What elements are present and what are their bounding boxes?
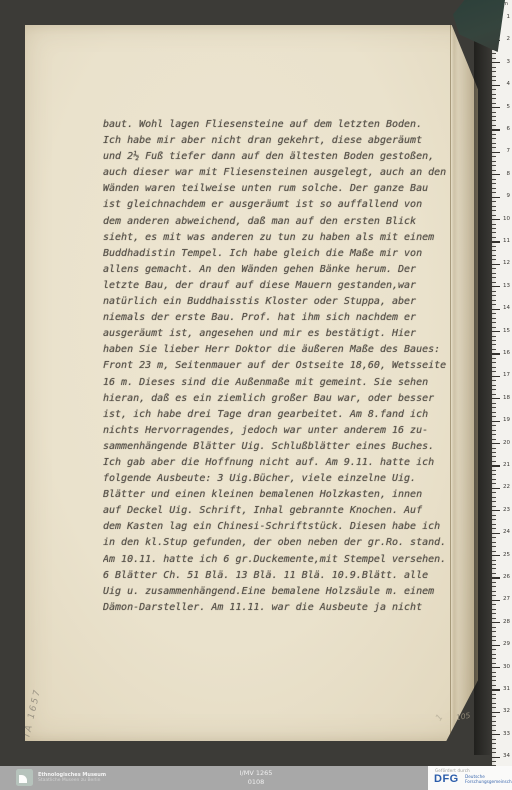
- ruler-major-tick: [492, 197, 500, 198]
- text-line: Uig u. zusammenhängend.Eine bemalene Hol…: [103, 584, 456, 600]
- text-line: und 2½ Fuß tiefer dann auf den ältesten …: [103, 149, 456, 165]
- ruler-major-tick: [492, 309, 500, 310]
- document-page: baut. Wohl lagen Fliesensteine auf dem l…: [25, 25, 478, 741]
- text-line: Buddhadistin Tempel. Ich habe gleich die…: [103, 246, 456, 262]
- ruler-minor-tick: [492, 649, 496, 650]
- ruler-minor-tick: [492, 322, 496, 323]
- ruler-minor-tick: [492, 394, 496, 395]
- ruler-minor-tick: [492, 618, 496, 619]
- ruler-minor-tick: [492, 80, 496, 81]
- ruler-minor-tick: [492, 71, 496, 72]
- ruler-minor-tick: [492, 215, 496, 216]
- text-line: haben Sie lieber Herr Doktor die äußeren…: [103, 342, 456, 358]
- ruler-major-tick: [492, 219, 500, 220]
- ruler-number: 30: [503, 664, 510, 671]
- ruler-minor-tick: [492, 94, 496, 95]
- scan-background: baut. Wohl lagen Fliesensteine auf dem l…: [0, 0, 512, 790]
- ruler-minor-tick: [492, 515, 496, 516]
- ruler-number: 32: [503, 708, 510, 715]
- ruler-minor-tick: [492, 120, 496, 121]
- ruler-major-tick: [492, 645, 500, 646]
- ruler-minor-tick: [492, 672, 496, 673]
- ruler-minor-tick: [492, 362, 496, 363]
- ruler-minor-tick: [492, 340, 496, 341]
- ruler-minor-tick: [492, 336, 496, 337]
- ruler-minor-tick: [492, 586, 496, 587]
- ruler-minor-tick: [492, 501, 496, 502]
- text-line: Wänden waren teilweise unten rum solche.…: [103, 181, 456, 197]
- ruler-minor-tick: [492, 228, 496, 229]
- ruler-minor-tick: [492, 58, 496, 59]
- ruler-minor-tick: [492, 730, 496, 731]
- ruler-minor-tick: [492, 430, 496, 431]
- ruler-minor-tick: [492, 313, 496, 314]
- ruler-major-tick: [492, 62, 500, 63]
- ruler-minor-tick: [492, 255, 496, 256]
- text-line: hieran, daß es ein ziemlich großer Bau w…: [103, 391, 456, 407]
- ruler-major-tick: [492, 712, 500, 713]
- ruler-minor-tick: [492, 497, 496, 498]
- ruler-major-tick: [492, 689, 500, 690]
- ruler-minor-tick: [492, 685, 496, 686]
- text-line: Blätter und einen kleinen bemalenen Holz…: [103, 487, 456, 503]
- ruler-minor-tick: [492, 483, 496, 484]
- ruler-minor-tick: [492, 291, 496, 292]
- ruler-number: 10: [503, 216, 510, 223]
- ruler-minor-tick: [492, 103, 496, 104]
- ruler-minor-tick: [492, 76, 496, 77]
- ruler-major-tick: [492, 353, 500, 354]
- ruler-major-tick: [492, 555, 500, 556]
- text-line: baut. Wohl lagen Fliesensteine auf dem l…: [103, 117, 456, 133]
- ruler-minor-tick: [492, 707, 496, 708]
- ruler-minor-tick: [492, 344, 496, 345]
- ruler-number: 16: [503, 350, 510, 357]
- ruler-minor-tick: [492, 546, 496, 547]
- ruler-minor-tick: [492, 188, 496, 189]
- text-line: Ich habe mir aber nicht dran gekehrt, di…: [103, 133, 456, 149]
- text-line: allens gemacht. An den Wänden gehen Bänk…: [103, 262, 456, 278]
- ruler-major-tick: [492, 286, 500, 287]
- ruler-minor-tick: [492, 663, 496, 664]
- typewritten-text: baut. Wohl lagen Fliesensteine auf dem l…: [103, 117, 456, 627]
- ruler-number: 7: [507, 148, 511, 155]
- text-line: nichts Hervorragendes, jedoch war unter …: [103, 423, 456, 439]
- ruler-minor-tick: [492, 246, 496, 247]
- ruler-number: 12: [503, 260, 510, 267]
- ruler-minor-tick: [492, 456, 496, 457]
- ruler-major-tick: [492, 85, 500, 86]
- ruler-minor-tick: [492, 492, 496, 493]
- text-line: auch dieser war mit Fliesensteinen ausge…: [103, 165, 456, 181]
- text-line: sieht, es mit was anderen zu tun zu habe…: [103, 230, 456, 246]
- ruler-minor-tick: [492, 232, 496, 233]
- ruler-minor-tick: [492, 134, 496, 135]
- ruler-minor-tick: [492, 434, 496, 435]
- ruler-number: 1: [507, 14, 511, 21]
- ruler-number: 20: [503, 440, 510, 447]
- ruler-minor-tick: [492, 452, 496, 453]
- ruler-minor-tick: [492, 416, 496, 417]
- ruler-major-tick: [492, 622, 500, 623]
- ruler-major-tick: [492, 443, 500, 444]
- dfg-logo: DFG: [434, 773, 459, 785]
- text-line: natürlich ein Buddhaisstis Kloster oder …: [103, 294, 456, 310]
- ruler-minor-tick: [492, 371, 496, 372]
- ruler-minor-tick: [492, 506, 496, 507]
- text-line: Ich gab aber die Hoffnung nicht auf. Am …: [103, 455, 456, 471]
- ruler-minor-tick: [492, 573, 496, 574]
- text-line: letzte Bau, der drauf auf diese Mauern g…: [103, 278, 456, 294]
- ruler-major-tick: [492, 376, 500, 377]
- ruler-minor-tick: [492, 551, 496, 552]
- ruler-minor-tick: [492, 273, 496, 274]
- ruler-minor-tick: [492, 300, 496, 301]
- text-line: niemals der erste Bau. Prof. hat ihm sic…: [103, 310, 456, 326]
- ruler-minor-tick: [492, 564, 496, 565]
- ruler-minor-tick: [492, 609, 496, 610]
- ruler-minor-tick: [492, 147, 496, 148]
- ruler-minor-tick: [492, 98, 496, 99]
- ruler-minor-tick: [492, 640, 496, 641]
- ruler-minor-tick: [492, 349, 496, 350]
- ruler-minor-tick: [492, 125, 496, 126]
- ruler-minor-tick: [492, 582, 496, 583]
- text-line: auf Deckel Uig. Schrift, Inhal gebrannte…: [103, 503, 456, 519]
- footer-bar: Ethnologisches Museum Staatliche Museen …: [0, 766, 512, 790]
- ruler-minor-tick: [492, 367, 496, 368]
- ruler-minor-tick: [492, 67, 496, 68]
- text-line: sammenhängende Blätter Uig. Schlußblätte…: [103, 439, 456, 455]
- ruler-number: 21: [503, 462, 510, 469]
- ruler-number: 33: [503, 731, 510, 738]
- ruler-minor-tick: [492, 53, 496, 54]
- ruler-minor-tick: [492, 143, 496, 144]
- ruler-major-tick: [492, 533, 500, 534]
- ruler-minor-tick: [492, 161, 496, 162]
- ruler-minor-tick: [492, 210, 496, 211]
- ruler-minor-tick: [492, 327, 496, 328]
- ruler-minor-tick: [492, 89, 496, 90]
- ruler-minor-tick: [492, 537, 496, 538]
- ruler-number: 23: [503, 507, 510, 514]
- ruler-number: 34: [503, 753, 510, 760]
- ruler-number: 19: [503, 417, 510, 424]
- ruler-minor-tick: [492, 560, 496, 561]
- ruler-major-tick: [492, 488, 500, 489]
- ruler-minor-tick: [492, 680, 496, 681]
- funding-logo-block: Gefördert durch DFG Deutsche Forschungsg…: [428, 766, 512, 790]
- ruler-number: 11: [503, 238, 510, 245]
- ruler-minor-tick: [492, 380, 496, 381]
- ruler-minor-tick: [492, 631, 496, 632]
- ruler-number: 15: [503, 328, 510, 335]
- ruler-minor-tick: [492, 604, 496, 605]
- ruler-minor-tick: [492, 407, 496, 408]
- ruler-minor-tick: [492, 752, 496, 753]
- ruler-minor-tick: [492, 116, 496, 117]
- ruler-number: 2: [507, 36, 511, 43]
- ruler-number: 14: [503, 305, 510, 312]
- ruler-minor-tick: [492, 304, 496, 305]
- ruler-minor-tick: [492, 627, 496, 628]
- ruler-minor-tick: [492, 183, 496, 184]
- ruler-major-tick: [492, 577, 500, 578]
- ruler-minor-tick: [492, 412, 496, 413]
- text-line: ausgeräumt ist, angesehen und mir es bes…: [103, 326, 456, 342]
- ruler-major-tick: [492, 107, 500, 108]
- ruler-minor-tick: [492, 277, 496, 278]
- ruler-minor-tick: [492, 528, 496, 529]
- ruler-minor-tick: [492, 170, 496, 171]
- ruler-major-tick: [492, 734, 500, 735]
- ruler-major-tick: [492, 465, 500, 466]
- ruler-minor-tick: [492, 206, 496, 207]
- ruler-number: 3: [507, 59, 511, 66]
- ruler-major-tick: [492, 421, 500, 422]
- measurement-ruler: cm 1234567891011121314151617181920212223…: [492, 0, 512, 790]
- ruler-minor-tick: [492, 524, 496, 525]
- ruler-minor-tick: [492, 519, 496, 520]
- ruler-minor-tick: [492, 201, 496, 202]
- ruler-minor-tick: [492, 694, 496, 695]
- ruler-number: 25: [503, 552, 510, 559]
- text-line: 16 m. Dieses sind die Außenmaße mit geme…: [103, 375, 456, 391]
- ruler-number: 31: [503, 686, 510, 693]
- ruler-minor-tick: [492, 725, 496, 726]
- ruler-minor-tick: [492, 654, 496, 655]
- ruler-minor-tick: [492, 568, 496, 569]
- text-line: dem Kasten lag ein Chinesi-Schriftstück.…: [103, 519, 456, 535]
- ruler-minor-tick: [492, 165, 496, 166]
- ruler-minor-tick: [492, 192, 496, 193]
- ruler-minor-tick: [492, 282, 496, 283]
- ruler-number: 4: [507, 81, 511, 88]
- text-line: ist, ich habe drei Tage dran gearbeitet.…: [103, 407, 456, 423]
- text-line: in den kl.Stup gefunden, der oben neben …: [103, 535, 456, 551]
- ruler-major-tick: [492, 264, 500, 265]
- ruler-major-tick: [492, 667, 500, 668]
- ruler-minor-tick: [492, 448, 496, 449]
- ruler-major-tick: [492, 600, 500, 601]
- ruler-minor-tick: [492, 295, 496, 296]
- ruler-number: 5: [507, 104, 511, 111]
- ruler-minor-tick: [492, 318, 496, 319]
- ruler-minor-tick: [492, 716, 496, 717]
- ruler-minor-tick: [492, 358, 496, 359]
- ruler-minor-tick: [492, 613, 496, 614]
- ruler-minor-tick: [492, 224, 496, 225]
- ruler-minor-tick: [492, 748, 496, 749]
- ruler-major-tick: [492, 331, 500, 332]
- ruler-minor-tick: [492, 385, 496, 386]
- ruler-minor-tick: [492, 112, 496, 113]
- text-line: Dämon-Darsteller. Am 11.11. war die Ausb…: [103, 600, 456, 616]
- ruler-major-tick: [492, 152, 500, 153]
- ruler-major-tick: [492, 241, 500, 242]
- ruler-minor-tick: [492, 474, 496, 475]
- text-line: folgende Ausbeute: 3 Uig.Bücher, viele e…: [103, 471, 456, 487]
- ruler-minor-tick: [492, 703, 496, 704]
- ruler-minor-tick: [492, 676, 496, 677]
- ruler-minor-tick: [492, 389, 496, 390]
- ruler-number: 28: [503, 619, 510, 626]
- ruler-minor-tick: [492, 470, 496, 471]
- ruler-major-tick: [492, 510, 500, 511]
- text-line: dem anderen abweichend, daß man auf den …: [103, 214, 456, 230]
- text-line: ist gleichnachdem er ausgeräumt ist so a…: [103, 197, 456, 213]
- ruler-number: 24: [503, 529, 510, 536]
- ruler-number: 18: [503, 395, 510, 402]
- ruler-minor-tick: [492, 259, 496, 260]
- ruler-major-tick: [492, 398, 500, 399]
- ruler-minor-tick: [492, 268, 496, 269]
- ruler-minor-tick: [492, 739, 496, 740]
- ruler-number: 27: [503, 596, 510, 603]
- ruler-minor-tick: [492, 595, 496, 596]
- ruler-minor-tick: [492, 156, 496, 157]
- book-spine-shadow: [474, 40, 493, 755]
- ruler-number: 9: [507, 193, 511, 200]
- ruler-minor-tick: [492, 439, 496, 440]
- ruler-number: 22: [503, 484, 510, 491]
- ruler-major-tick: [492, 129, 500, 130]
- ruler-minor-tick: [492, 743, 496, 744]
- handwritten-folio-number: 105: [455, 711, 471, 722]
- ruler-minor-tick: [492, 250, 496, 251]
- ruler-number: 13: [503, 283, 510, 290]
- ruler-minor-tick: [492, 179, 496, 180]
- ruler-minor-tick: [492, 761, 496, 762]
- handwritten-shelfmark: TA 1657: [22, 649, 52, 739]
- ruler-number: 6: [507, 126, 511, 133]
- ruler-number: 29: [503, 641, 510, 648]
- ruler-major-tick: [492, 174, 500, 175]
- ruler-number: 26: [503, 574, 510, 581]
- text-line: Front 23 m, Seitenmauer auf der Ostseite…: [103, 358, 456, 374]
- ruler-minor-tick: [492, 461, 496, 462]
- ruler-number: 8: [507, 171, 511, 178]
- ruler-minor-tick: [492, 479, 496, 480]
- ruler-minor-tick: [492, 237, 496, 238]
- ruler-major-tick: [492, 757, 500, 758]
- dfg-org-name: Deutsche Forschungsgemeinschaft: [465, 774, 512, 784]
- ruler-minor-tick: [492, 591, 496, 592]
- ruler-minor-tick: [492, 138, 496, 139]
- ruler-minor-tick: [492, 403, 496, 404]
- ruler-minor-tick: [492, 658, 496, 659]
- ruler-minor-tick: [492, 425, 496, 426]
- ruler-minor-tick: [492, 542, 496, 543]
- ruler-minor-tick: [492, 721, 496, 722]
- ruler-number: 17: [503, 372, 510, 379]
- text-line: 6 Blätter Ch. 51 Blä. 13 Blä. 11 Blä. 10…: [103, 568, 456, 584]
- ruler-minor-tick: [492, 698, 496, 699]
- ruler-minor-tick: [492, 636, 496, 637]
- text-line: Am 10.11. hatte ich 6 gr.Duckemente,mit …: [103, 552, 456, 568]
